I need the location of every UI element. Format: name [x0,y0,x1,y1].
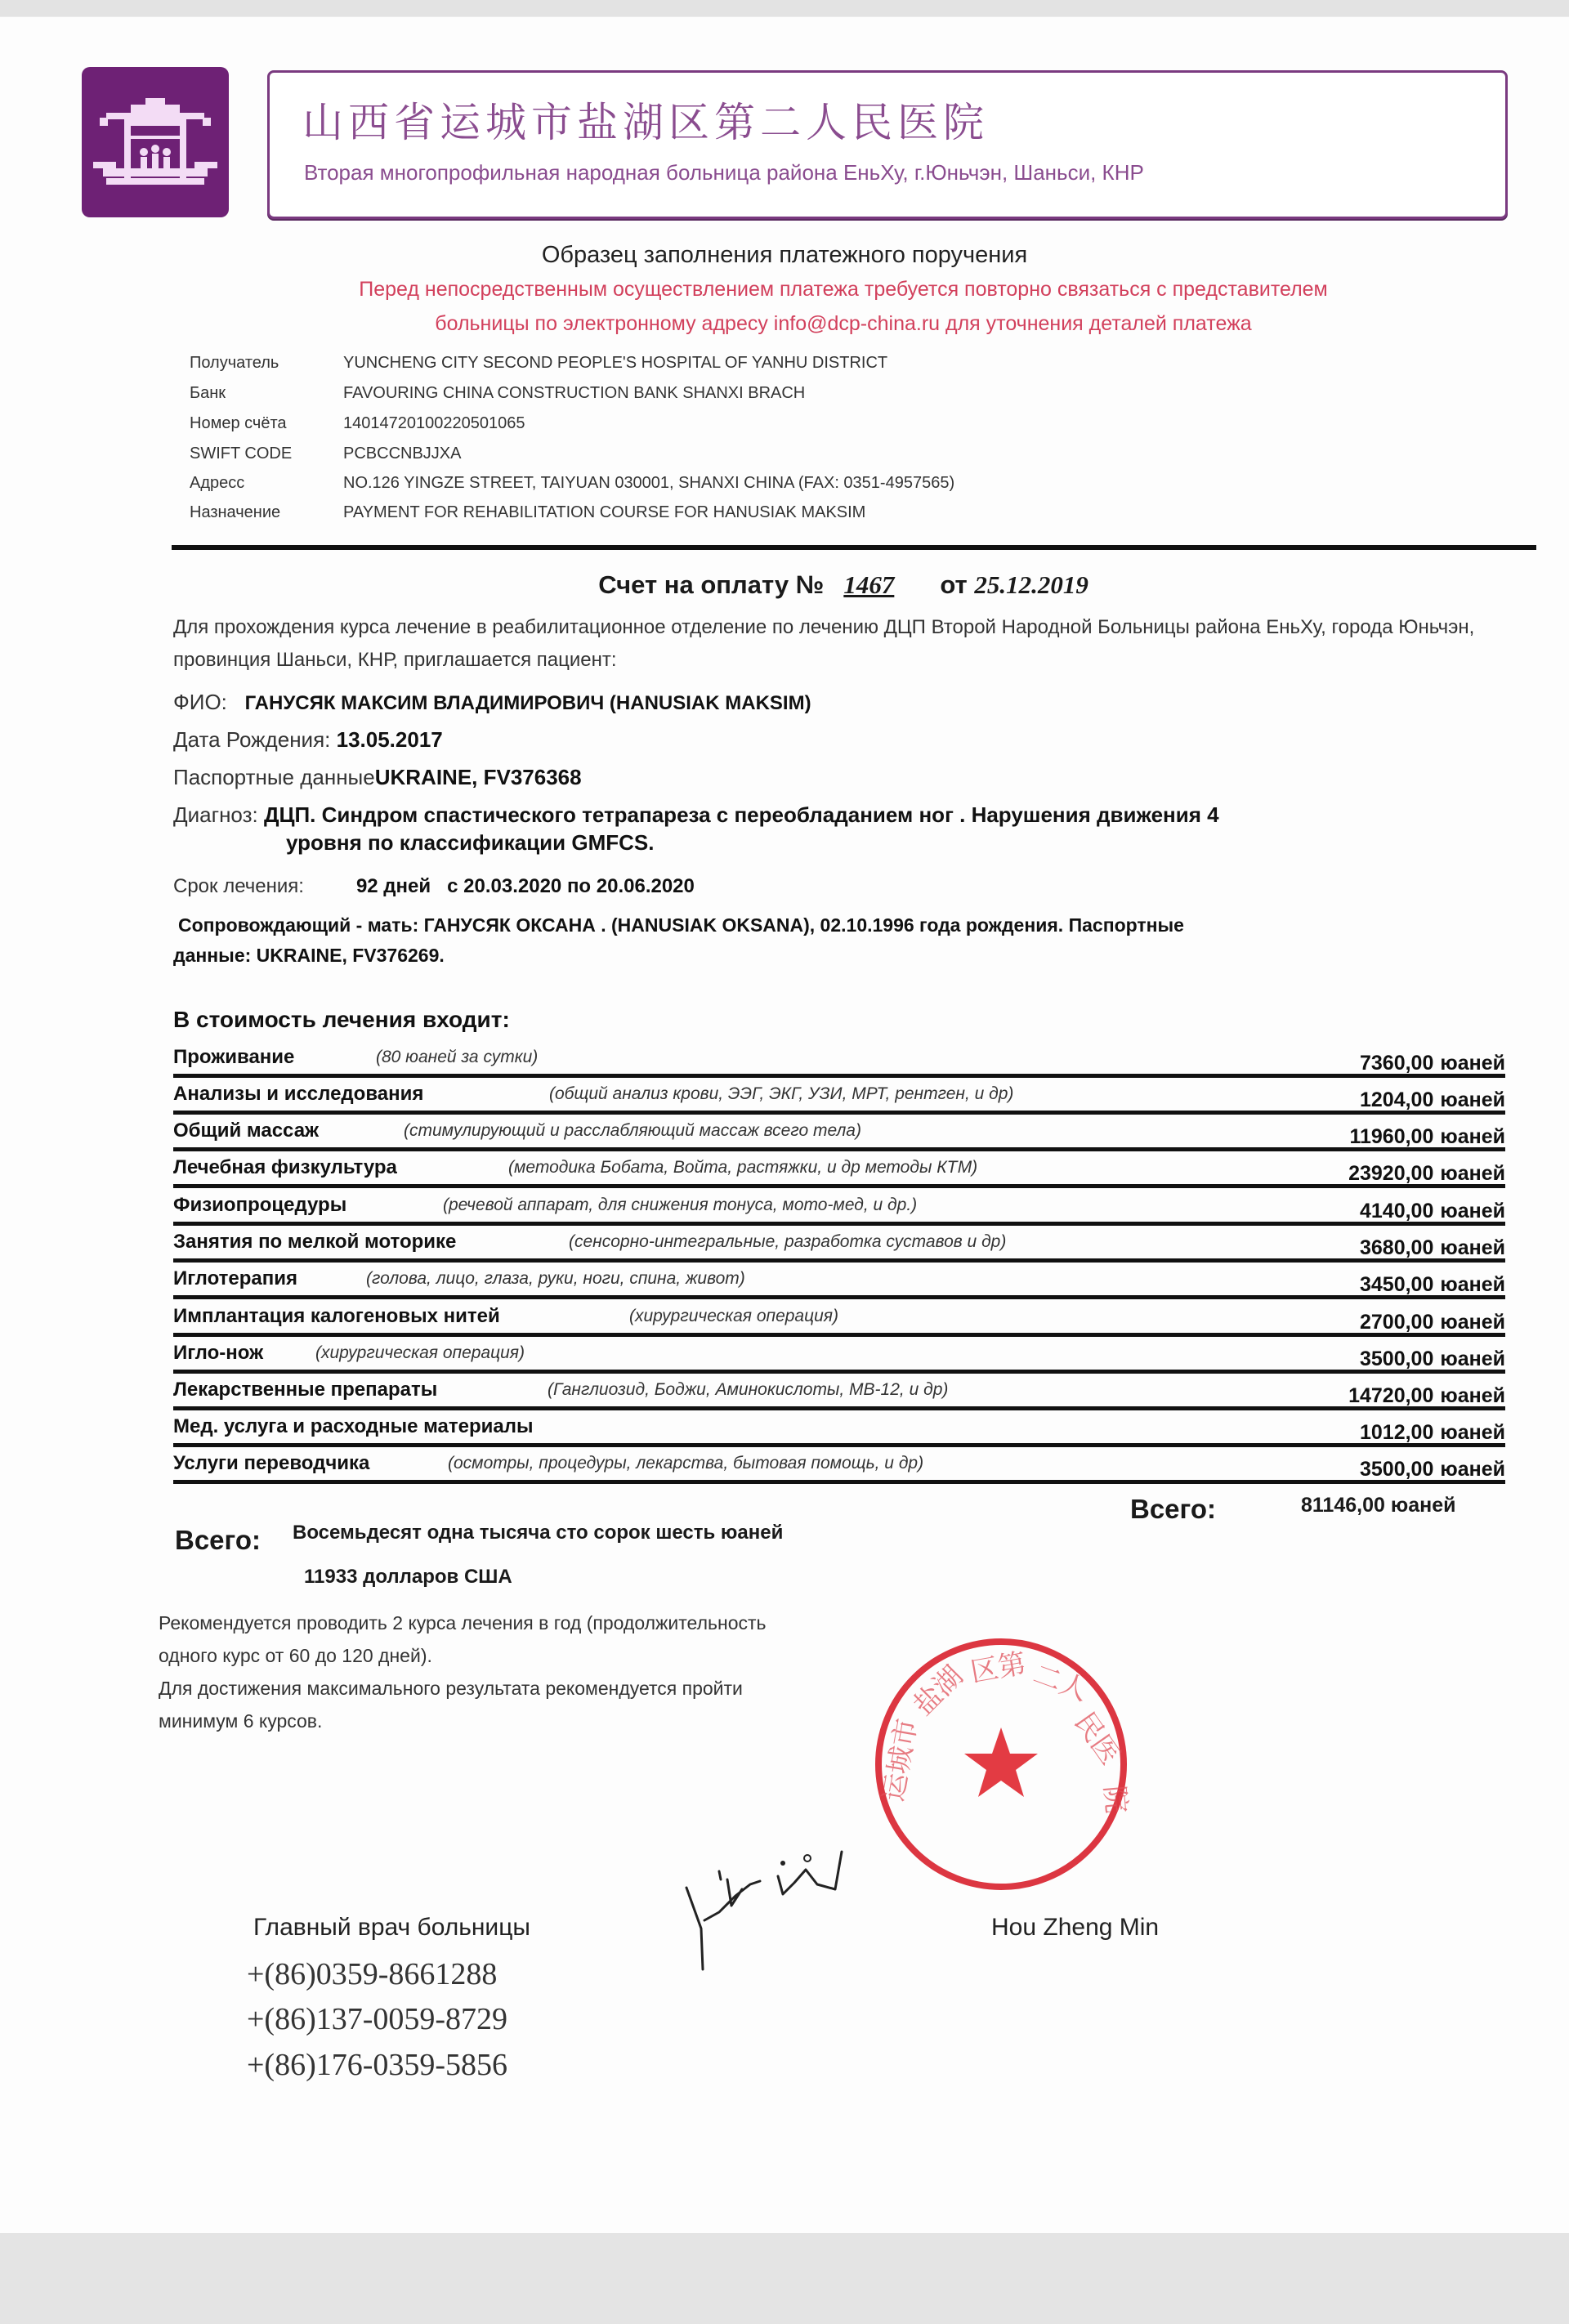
total-label-left: Всего: [175,1525,261,1556]
service-amount: 4140,00юаней [1360,1200,1505,1223]
service-amount: 1204,00юаней [1360,1088,1505,1112]
service-name: Мед. услуга и расходные материалы [173,1415,533,1438]
recommendation-line-4: минимум 6 курсов. [159,1705,976,1737]
patient-dob-label: Дата Рождения: [173,727,330,752]
invoice-date-prefix: от [940,570,967,599]
service-amount-value: 11960,00 [1349,1125,1433,1148]
service-note: (методика Бобата, Войта, растяжки, и др … [508,1158,977,1178]
hospital-seal: 运城市 盐湖 区第 二人 民医 院 [868,1631,1134,1897]
recommendation-line-2: одного курс от 60 до 120 дней). [159,1639,976,1672]
bank-detail-label: Номер счёта [190,414,343,433]
service-note: (стимулирующий и расслабляющий массаж вс… [404,1121,861,1141]
phone-number-2: +(86)137-0059-8729 [247,2001,507,2037]
payment-warning-line-2: больницы по электронному адресу info@dcp… [0,312,1569,336]
companion-line-1: Сопровождающий - мать: ГАНУСЯК ОКСАНА . … [178,914,1184,936]
service-amount-currency: юаней [1440,1236,1505,1259]
patient-dob: 13.05.2017 [337,727,443,752]
service-note: (хирургическая операция) [315,1343,525,1363]
service-amount-value: 3680,00 [1360,1236,1433,1259]
service-amount-currency: юаней [1440,1125,1505,1148]
service-amount: 3680,00юаней [1360,1236,1505,1260]
service-name: Услуги переводчика [173,1452,369,1475]
service-amount: 3450,00юаней [1360,1273,1505,1297]
service-amount: 3500,00юаней [1360,1458,1505,1482]
service-row: Проживание(80 юаней за сутки)7360,00юане… [173,1038,1505,1078]
treatment-term-value: 92 дней с 20.03.2020 по 20.06.2020 [356,875,695,897]
service-row: Мед. услуга и расходные материалы1012,00… [173,1407,1505,1447]
service-amount: 7360,00юаней [1360,1052,1505,1075]
patient-name-field: ФИО: ГАНУСЯК МАКСИМ ВЛАДИМИРОВИЧ (HANUSI… [173,690,811,715]
service-note: (сенсорно-интегральные, разработка суста… [569,1232,1006,1252]
service-name: Занятия по мелкой моторике [173,1231,456,1254]
svg-text:二人: 二人 [1029,1658,1093,1708]
service-row: Иглотерапия(голова, лицо, глаза, руки, н… [173,1259,1505,1299]
viewer-top-bar [0,0,1569,17]
services-section-title: В стоимость лечения входит: [173,1007,510,1033]
service-row: Лекарственные препараты(Ганглиозид, Бодж… [173,1370,1505,1410]
service-note: (Ганглиозид, Боджи, Аминокислоты, МВ-12,… [548,1380,948,1400]
invoice-date: 25.12.2019 [974,570,1088,599]
service-note: (80 юаней за сутки) [376,1048,538,1067]
invoice-number: 1467 [843,570,894,599]
bank-detail-bank: БанкFAVOURING CHINA CONSTRUCTION BANK SH… [190,384,805,403]
patient-passport-field: Паспортные данныеUKRAINE, FV376368 [173,765,582,790]
service-amount-value: 3500,00 [1360,1347,1433,1370]
service-amount-value: 3450,00 [1360,1273,1433,1296]
bank-detail-label: Назначение [190,503,343,522]
invoice-title: Счет на оплату № [598,570,824,599]
service-name: Иглотерапия [173,1267,297,1290]
signature-scribble-icon [646,1814,858,1978]
service-amount-currency: юаней [1440,1347,1505,1370]
patient-diagnosis-line-2-row: уровня по классификации GMFCS. [286,830,654,856]
service-amount-currency: юаней [1440,1311,1505,1334]
service-amount-value: 7360,00 [1360,1052,1433,1075]
signature [646,1814,858,1982]
patient-dob-field: Дата Рождения: 13.05.2017 [173,727,443,753]
pagoda-logo-icon [82,67,229,217]
service-amount-currency: юаней [1440,1052,1505,1075]
service-name: Физиопроцедуры [173,1194,346,1217]
svg-text:区第: 区第 [968,1647,1029,1689]
patient-diagnosis-line-2: уровня по классификации GMFCS. [286,830,654,855]
service-row: Игло-нож(хирургическая операция)3500,00ю… [173,1334,1505,1374]
bank-detail-value: PCBCCNBJJXA [343,445,461,463]
service-name: Общий массаж [173,1120,319,1142]
service-name: Лекарственные препараты [173,1379,437,1401]
bank-detail-recipient: ПолучательYUNCHENG CITY SECOND PEOPLE'S … [190,354,887,373]
service-amount: 3500,00юаней [1360,1347,1505,1371]
service-amount-value: 2700,00 [1360,1311,1433,1334]
patient-diagnosis-label: Диагноз: [173,802,258,827]
treatment-term-label: Срок лечения: [173,875,304,897]
service-amount-value: 14720,00 [1348,1384,1433,1407]
total-usd: 11933 долларов США [304,1566,512,1589]
service-row: Занятия по мелкой моторике(сенсорно-инте… [173,1222,1505,1263]
service-note: (осмотры, процедуры, лекарства, бытовая … [448,1454,923,1473]
bank-detail-label: Банк [190,384,343,403]
bank-detail-value: PAYMENT FOR REHABILITATION COURSE FOR HA… [343,503,865,521]
bank-detail-swift: SWIFT CODEPCBCCNBJJXA [190,445,461,463]
service-amount-currency: юаней [1440,1458,1505,1481]
total-amount: 81146,00 юаней [1301,1494,1456,1517]
service-note: (общий анализ крови, ЭЭГ, ЭКГ, УЗИ, МРТ,… [549,1084,1013,1104]
bank-detail-label: SWIFT CODE [190,445,343,463]
bank-detail-purpose: НазначениеPAYMENT FOR REHABILITATION COU… [190,503,865,522]
service-name: Анализы и исследования [173,1083,423,1106]
svg-text:民医: 民医 [1068,1706,1127,1771]
recommendation-line-1: Рекомендуется проводить 2 курса лечения … [159,1607,976,1639]
service-amount: 1012,00юаней [1360,1421,1505,1445]
patient-passport-label: Паспортные данные [173,765,375,789]
treatment-term-field: Срок лечения:92 дней с 20.03.2020 по 20.… [173,875,695,898]
service-amount-value: 1204,00 [1360,1088,1433,1111]
total-amount-currency: юаней [1391,1494,1456,1517]
bank-detail-value: YUNCHENG CITY SECOND PEOPLE'S HOSPITAL O… [343,354,887,372]
hospital-seal-icon: 运城市 盐湖 区第 二人 民医 院 [868,1631,1134,1897]
service-amount: 2700,00юаней [1360,1311,1505,1334]
total-in-words: Восемьдесят одна тысяча сто сорок шесть … [293,1522,783,1544]
recommendation-line-3: Для достижения максимального результата … [159,1672,976,1705]
bank-detail-value: 14014720100220501065 [343,414,525,432]
service-row: Общий массаж(стимулирующий и расслабляющ… [173,1111,1505,1151]
service-amount: 14720,00юаней [1348,1384,1505,1408]
patient-name-label: ФИО: [173,690,227,714]
payment-sample-title: Образец заполнения платежного поручения [0,242,1569,269]
service-amount-value: 1012,00 [1360,1421,1433,1444]
bank-detail-address: АдрессNO.126 YINGZE STREET, TAIYUAN 0300… [190,474,954,493]
service-amount-currency: юаней [1440,1384,1505,1407]
service-row: Имплантация калогеновых нитей(хирургичес… [173,1297,1505,1337]
service-amount-currency: юаней [1440,1273,1505,1296]
total-label-right: Всего: [1130,1494,1216,1525]
svg-text:盐湖: 盐湖 [907,1660,969,1722]
phone-number-1: +(86)0359-8661288 [247,1956,497,1992]
service-amount: 23920,00юаней [1348,1162,1505,1186]
payment-warning-line-1: Перед непосредственным осуществлением пл… [0,278,1569,302]
recommendation-text: Рекомендуется проводить 2 курса лечения … [159,1607,976,1737]
service-amount-value: 4140,00 [1360,1200,1433,1222]
service-row: Лечебная физкультура(методика Бобата, Во… [173,1148,1505,1188]
service-name: Проживание [173,1046,294,1069]
service-amount-currency: юаней [1440,1421,1505,1444]
service-name: Лечебная физкультура [173,1156,397,1179]
invoice-heading: Счет на оплату №1467от 25.12.2019 [0,570,1569,600]
patient-diagnosis-line-1: ДЦП. Синдром спастического тетрапареза с… [264,802,1219,827]
total-amount-value: 81146,00 [1301,1494,1385,1517]
service-amount-value: 3500,00 [1360,1458,1433,1481]
bank-detail-value: NO.126 YINGZE STREET, TAIYUAN 030001, SH… [343,474,954,492]
chief-doctor-name: Hou Zheng Min [991,1914,1159,1942]
companion-line-2: данные: UKRAINE, FV376269. [173,945,445,967]
service-amount-value: 23920,00 [1348,1162,1433,1185]
service-row: Физиопроцедуры(речевой аппарат, для сниж… [173,1186,1505,1226]
service-amount-currency: юаней [1440,1088,1505,1111]
bank-detail-label: Адресс [190,474,343,493]
chief-doctor-title: Главный врач больницы [253,1914,530,1942]
viewer-bottom-bar [0,2233,1569,2324]
bank-detail-account: Номер счёта14014720100220501065 [190,414,525,433]
hospital-name-chinese: 山西省运城市盐湖区第二人民医院 [302,90,989,149]
service-note: (голова, лицо, глаза, руки, ноги, спина,… [366,1269,745,1289]
patient-name: ГАНУСЯК МАКСИМ ВЛАДИМИРОВИЧ (HANUSIAK MA… [245,692,811,714]
service-note: (хирургическая операция) [629,1307,838,1326]
patient-diagnosis-field: Диагноз: ДЦП. Синдром спастического тетр… [173,802,1219,828]
service-amount-currency: юаней [1440,1200,1505,1222]
svg-text:院: 院 [1097,1784,1133,1814]
service-row: Услуги переводчика(осмотры, процедуры, л… [173,1444,1505,1484]
bank-detail-value: FAVOURING CHINA CONSTRUCTION BANK SHANXI… [343,384,805,402]
service-amount-currency: юаней [1440,1162,1505,1185]
service-name: Имплантация калогеновых нитей [173,1305,500,1328]
invoice-intro: Для прохождения курса лечение в реабилит… [173,611,1513,677]
hospital-logo [82,67,229,217]
phone-number-3: +(86)176-0359-5856 [247,2047,507,2083]
section-divider [172,545,1536,550]
service-note: (речевой аппарат, для снижения тонуса, м… [443,1196,917,1215]
hospital-name-russian: Вторая многопрофильная народная больница… [304,160,1144,185]
bank-detail-label: Получатель [190,354,343,373]
patient-passport: UKRAINE, FV376368 [375,765,582,789]
service-row: Анализы и исследования(общий анализ кров… [173,1075,1505,1115]
service-name: Игло-нож [173,1342,263,1365]
service-amount: 11960,00юаней [1349,1125,1505,1149]
